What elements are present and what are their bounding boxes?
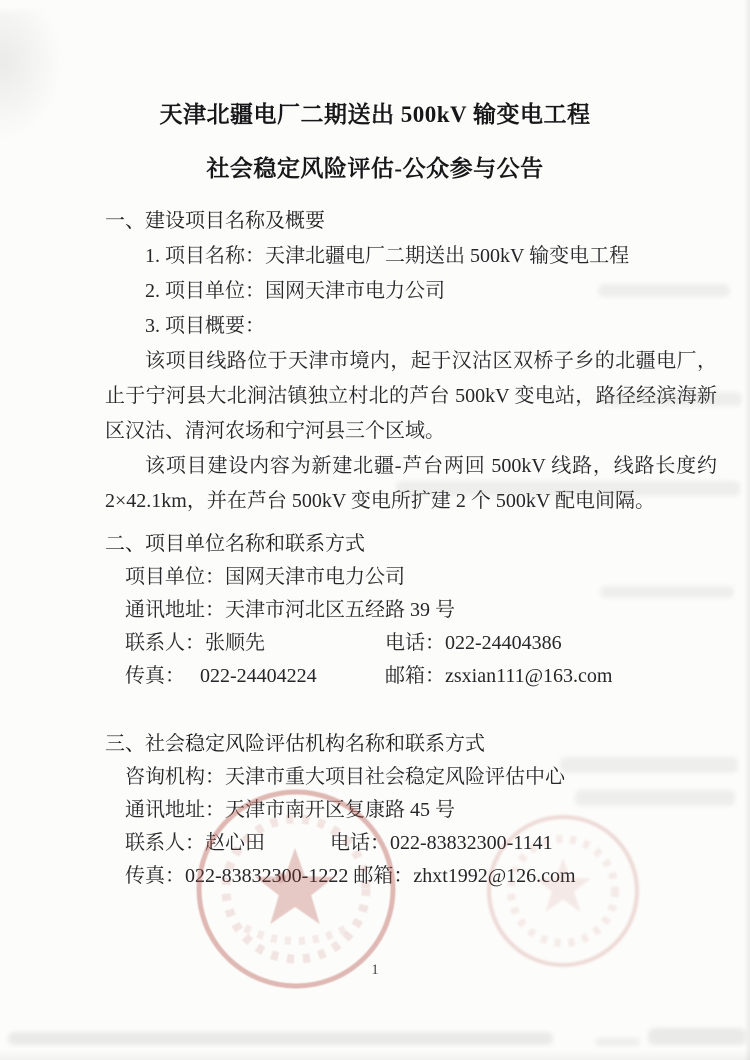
- section3-phone: 电话：022-83832300-1141: [330, 827, 553, 860]
- section-project-overview: 一、建设项目名称及概要 1. 项目名称：天津北疆电厂二期送出 500kV 输变电…: [105, 204, 717, 519]
- section2-address-line: 通讯地址：天津市河北区五经路 39 号: [105, 594, 717, 627]
- section3-contact-row: 联系人：赵心田电话：022-83832300-1141: [105, 827, 717, 860]
- section1-heading: 一、建设项目名称及概要: [105, 204, 717, 239]
- section2-fax: 传真： 022-24404224: [125, 665, 317, 687]
- bleedthrough-smudge: [575, 790, 735, 806]
- scanned-document-page: 天津北疆电厂二期送出 500kV 输变电工程 社会稳定风险评估-公众参与公告 一…: [0, 0, 750, 1060]
- section2-contact-person: 联系人：张顺先: [125, 632, 265, 654]
- section2-fax-row: 传真： 022-24404224邮箱：zsxian111@163.com: [105, 660, 717, 693]
- scan-edge-shadow-right: [744, 0, 750, 1060]
- section3-fax-email-line: 传真：022-83832300-1222 邮箱：zhxt1992@126.com: [105, 860, 717, 893]
- section2-email: 邮箱：zsxian111@163.com: [385, 660, 612, 693]
- scan-bottom-streak: [648, 1028, 746, 1045]
- document-title-line1: 天津北疆电厂二期送出 500kV 输变电工程: [0, 100, 750, 130]
- section-project-unit-contact: 二、项目单位名称和联系方式 项目单位：国网天津市电力公司 通讯地址：天津市河北区…: [105, 528, 717, 693]
- document-title-line2: 社会稳定风险评估-公众参与公告: [0, 154, 750, 184]
- bleedthrough-smudge: [600, 586, 734, 598]
- page-number: 1: [0, 962, 750, 979]
- scan-edge-shadow-bottom: [0, 1050, 750, 1060]
- bleedthrough-smudge: [598, 284, 730, 297]
- section3-contact-person: 联系人：赵心田: [125, 832, 265, 854]
- section-assessment-agency-contact: 三、社会稳定风险评估机构名称和联系方式 咨询机构：天津市重大项目社会稳定风险评估…: [105, 728, 717, 893]
- scan-bottom-streak: [595, 1038, 640, 1046]
- bleedthrough-smudge: [600, 392, 742, 406]
- section2-contact-row: 联系人：张顺先电话：022-24404386: [105, 627, 717, 660]
- section2-phone: 电话：022-24404386: [385, 627, 562, 660]
- section2-heading: 二、项目单位名称和联系方式: [105, 528, 717, 561]
- section1-item-project-summary: 3. 项目概要：: [105, 309, 717, 344]
- bleedthrough-smudge: [396, 481, 740, 496]
- scan-bottom-streak: [8, 1032, 553, 1045]
- bleedthrough-smudge: [560, 757, 738, 773]
- section1-item-project-name: 1. 项目名称：天津北疆电厂二期送出 500kV 输变电工程: [105, 239, 717, 274]
